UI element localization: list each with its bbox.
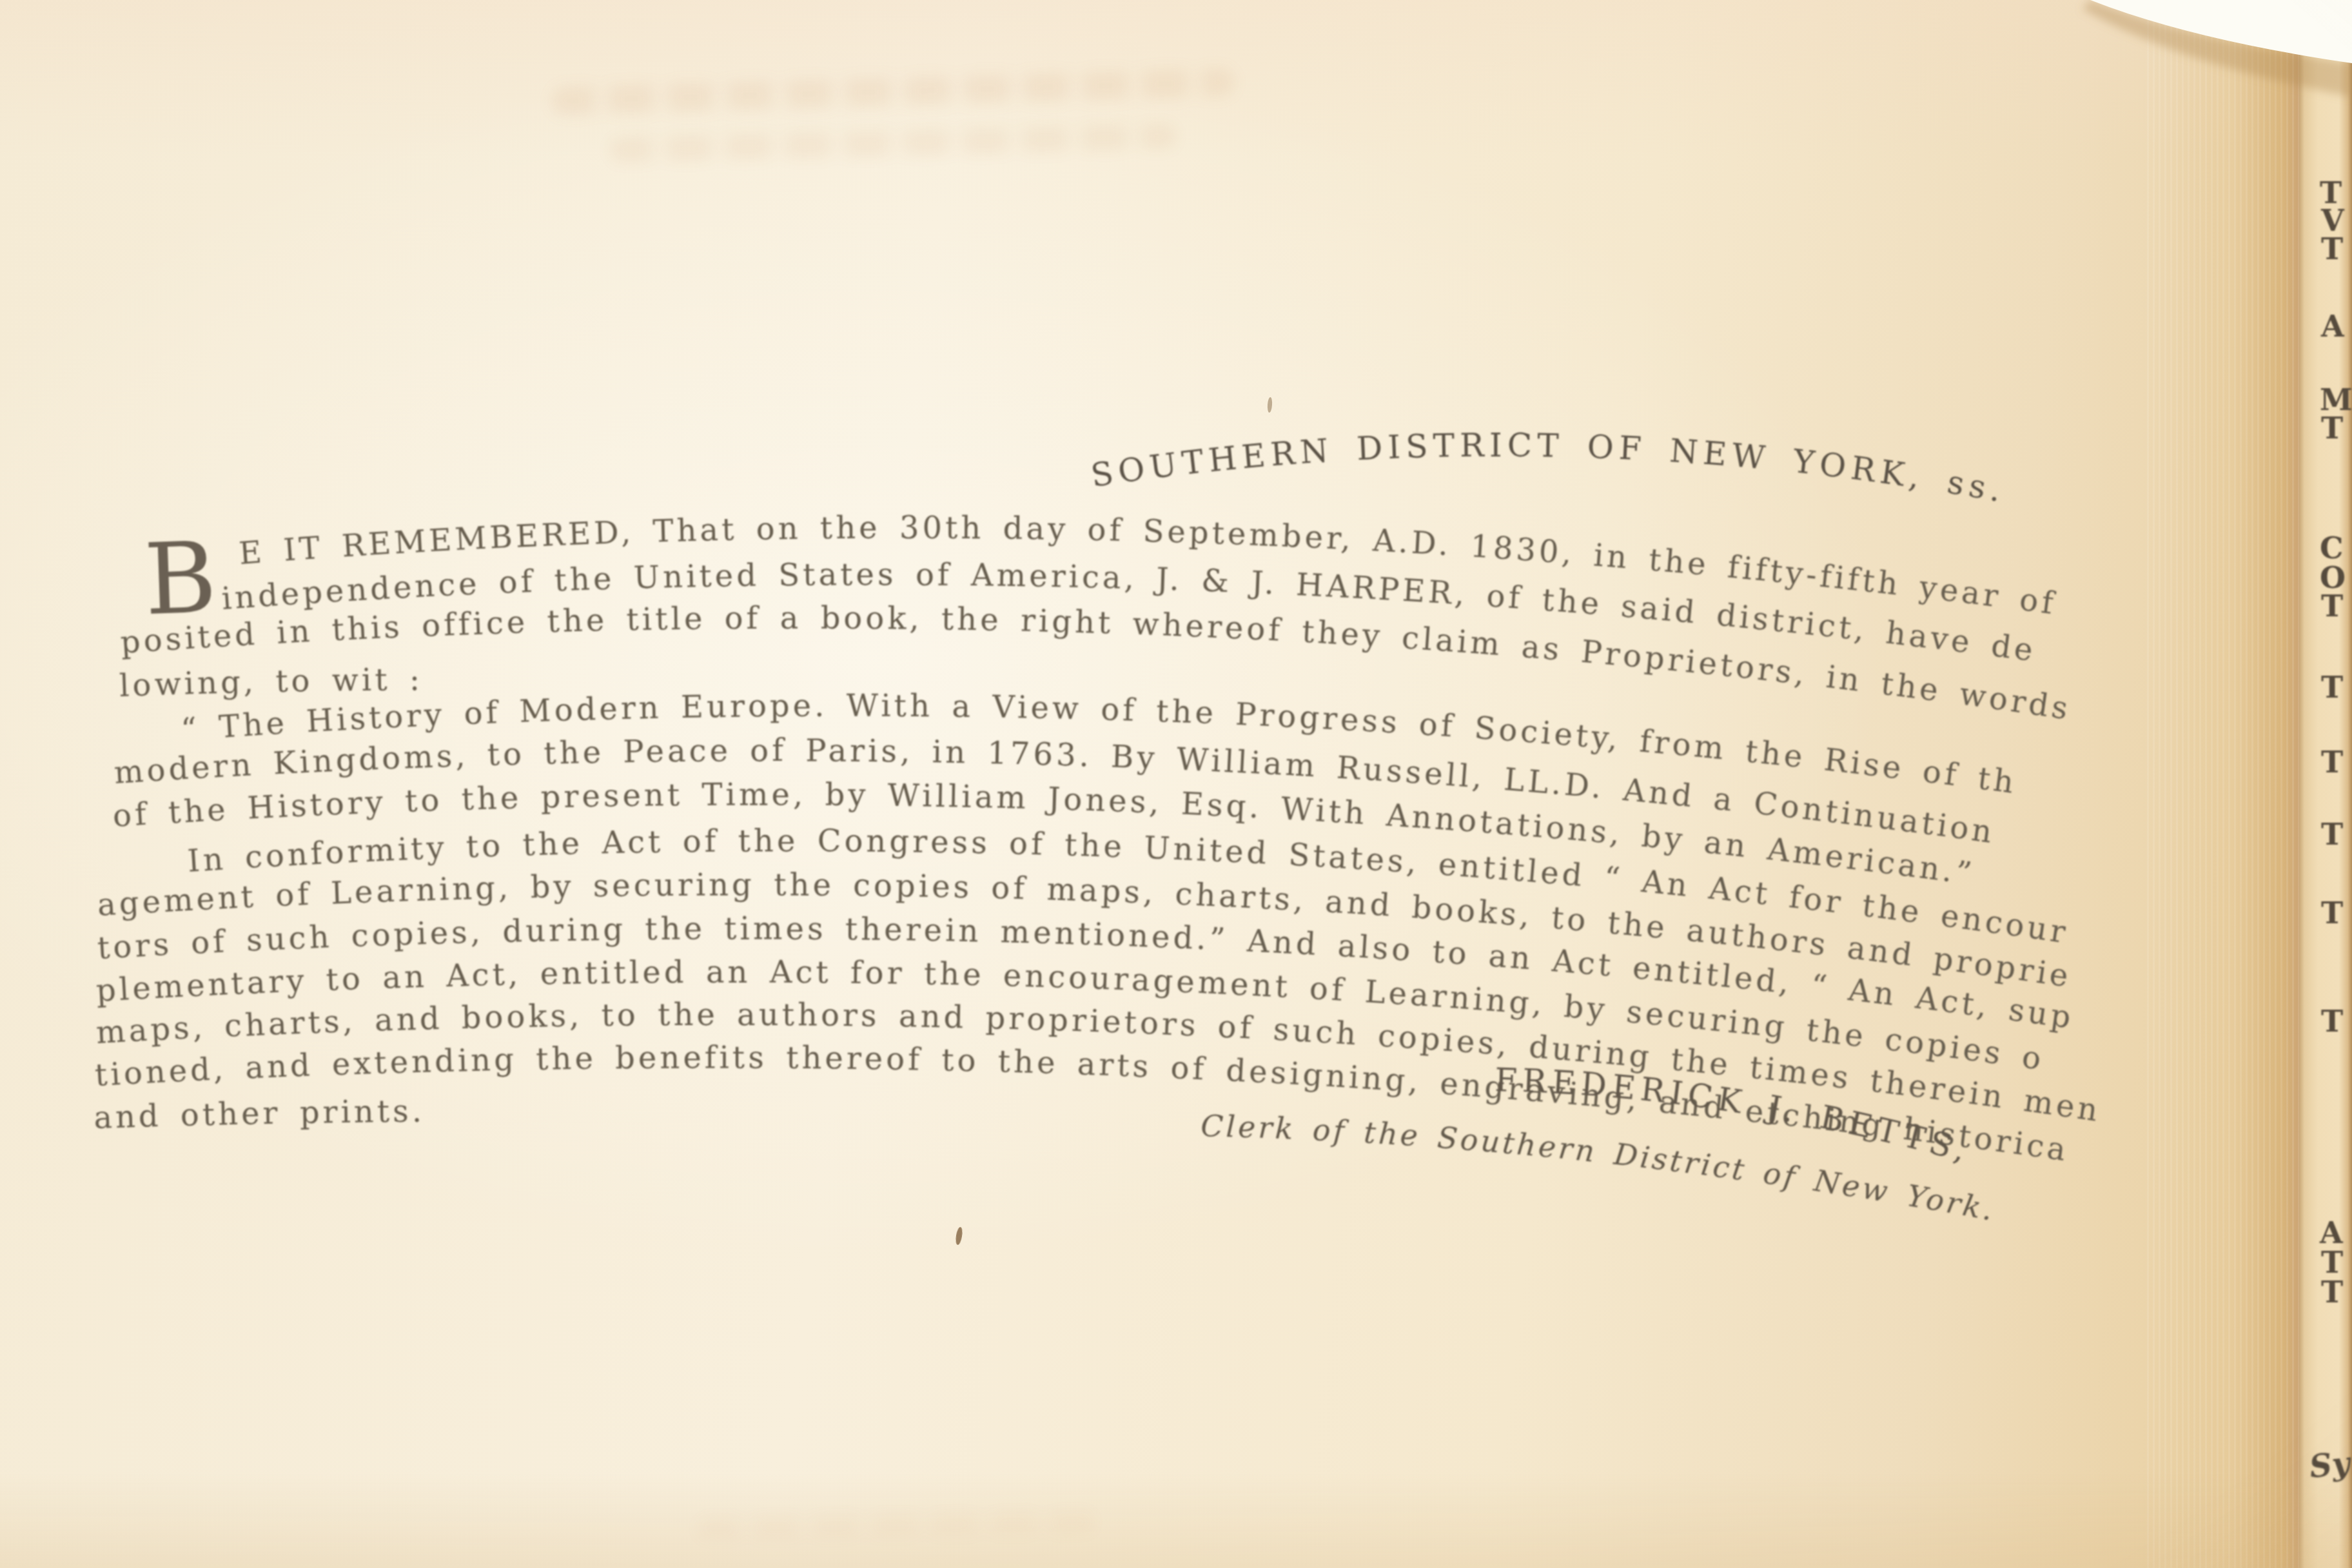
edge-letter: T bbox=[2321, 896, 2343, 930]
district-heading-text: SOUTHERN DISTRICT OF NEW YORK, ss. bbox=[1088, 427, 2009, 511]
edge-letter: T bbox=[2321, 670, 2343, 705]
edge-letter: T bbox=[2321, 817, 2343, 852]
edge-letter-italic: Sy bbox=[2308, 1445, 2352, 1485]
paragraph-line: lowing, to wit : bbox=[119, 661, 423, 704]
paragraph-line: E IT REMEMBERED, That on the 30th day of… bbox=[0, 0, 2077, 624]
paragraph-line: and other prints. bbox=[93, 1093, 425, 1136]
edge-letter: T bbox=[2321, 1275, 2343, 1309]
edge-letter: T bbox=[2321, 745, 2343, 779]
district-heading: SOUTHERN DISTRICT OF NEW YORK, ss. bbox=[1088, 427, 2009, 511]
edge-letter: A bbox=[2320, 309, 2345, 344]
edge-letter: T bbox=[2321, 589, 2343, 623]
page-text-svg: SOUTHERN DISTRICT OF NEW YORK, ss. B E I… bbox=[0, 0, 2352, 1568]
edge-letter: T bbox=[2321, 411, 2343, 446]
edge-letter: T bbox=[2321, 1004, 2343, 1039]
book-page-photo: SOUTHERN DISTRICT OF NEW YORK, ss. B E I… bbox=[0, 0, 2352, 1568]
edge-letter: T bbox=[2321, 231, 2343, 266]
